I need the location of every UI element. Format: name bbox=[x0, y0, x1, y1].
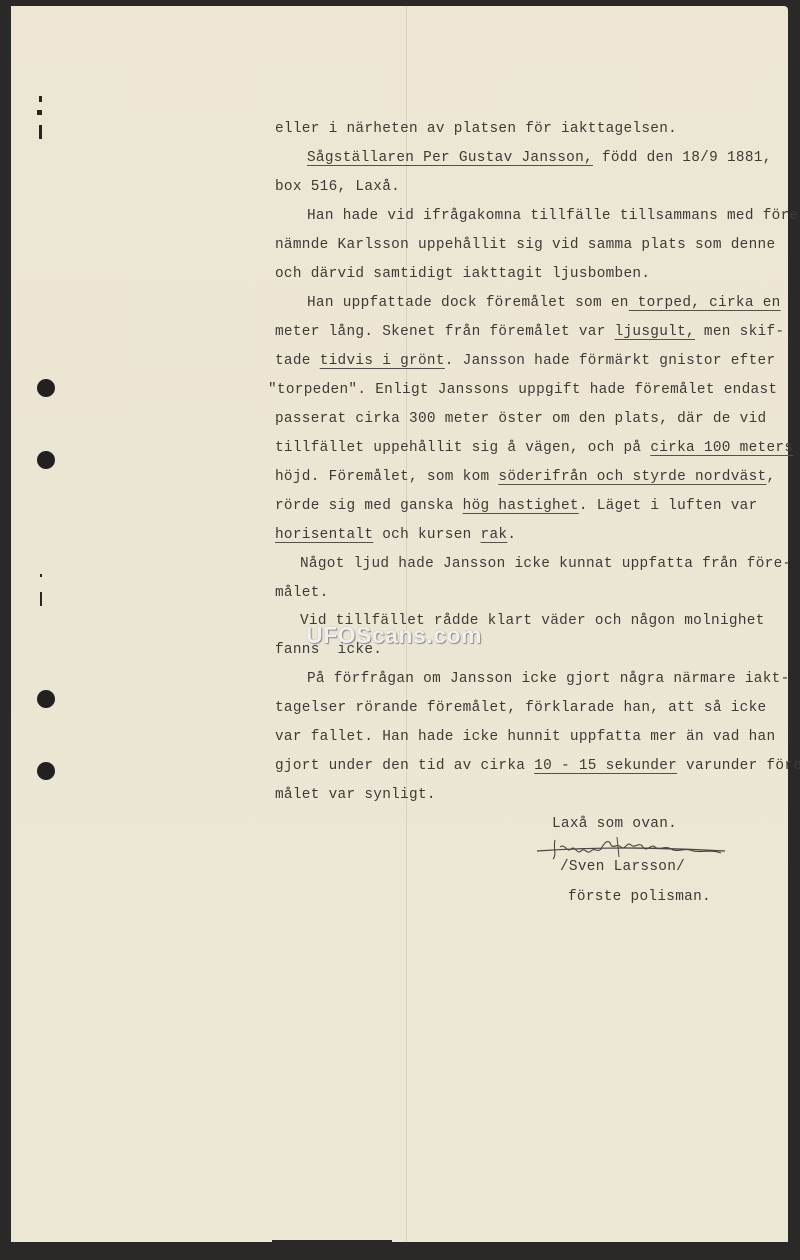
text-line: eller i närheten av platsen för iakttage… bbox=[275, 120, 677, 138]
text-line: tade tidvis i grönt. Jansson hade förmär… bbox=[275, 352, 775, 370]
underlined-phrase: 10 - 15 sekunder bbox=[534, 758, 677, 774]
handwritten-signature bbox=[535, 835, 735, 865]
text-line: var fallet. Han hade icke hunnit uppfatt… bbox=[275, 728, 775, 746]
text-line: nämnde Karlsson uppehållit sig vid samma… bbox=[275, 236, 775, 254]
underlined-name: Sågställaren Per Gustav Jansson, bbox=[307, 150, 593, 166]
underlined-phrase: söderifrån och styrde nordväst bbox=[498, 469, 766, 485]
underlined-phrase: rak bbox=[481, 527, 508, 543]
text-line: Han uppfattade dock föremålet som en tor… bbox=[307, 294, 781, 312]
underlined-phrase: horisentalt bbox=[275, 527, 373, 543]
text-line: Något ljud hade Jansson icke kunnat uppf… bbox=[300, 555, 791, 573]
text-line: På förfrågan om Jansson icke gjort några… bbox=[307, 670, 790, 688]
watermark: UFOScans.com bbox=[306, 622, 482, 649]
text-line: "torpeden". Enligt Janssons uppgift hade… bbox=[268, 381, 777, 399]
text-line: Sågställaren Per Gustav Jansson, född de… bbox=[307, 149, 772, 167]
text-line: meter lång. Skenet från föremålet var lj… bbox=[275, 323, 784, 341]
underlined-phrase: hög hastighet bbox=[463, 498, 579, 514]
text-line: box 516, Laxå. bbox=[275, 178, 400, 196]
text-line: höjd. Föremålet, som kom söderifrån och … bbox=[275, 468, 775, 486]
text-line: målet. bbox=[275, 584, 329, 602]
text-line: tillfället uppehållit sig å vägen, och p… bbox=[275, 439, 793, 457]
text-line: passerat cirka 300 meter öster om den pl… bbox=[275, 410, 766, 428]
text-line: horisentalt och kursen rak. bbox=[275, 526, 516, 544]
underlined-phrase: cirka 100 meters bbox=[650, 440, 793, 456]
closing-place: Laxå som ovan. bbox=[552, 815, 677, 833]
signer-title: förste polisman. bbox=[568, 888, 711, 906]
text-line: målet var synligt. bbox=[275, 786, 436, 804]
underlined-phrase: ljusgult, bbox=[615, 324, 695, 340]
text-line: Han hade vid ifrågakomna tillfälle tills… bbox=[307, 207, 800, 225]
underlined-phrase: torped, cirka en bbox=[629, 295, 781, 311]
text-line: rörde sig med ganska hög hastighet. Läge… bbox=[275, 497, 758, 515]
text-line: och därvid samtidigt iakttagit ljusbombe… bbox=[275, 265, 650, 283]
text-line: tagelser rörande föremålet, förklarade h… bbox=[275, 699, 766, 717]
text-line: gjort under den tid av cirka 10 - 15 sek… bbox=[275, 757, 800, 775]
underlined-phrase: tidvis i grönt bbox=[320, 353, 445, 369]
